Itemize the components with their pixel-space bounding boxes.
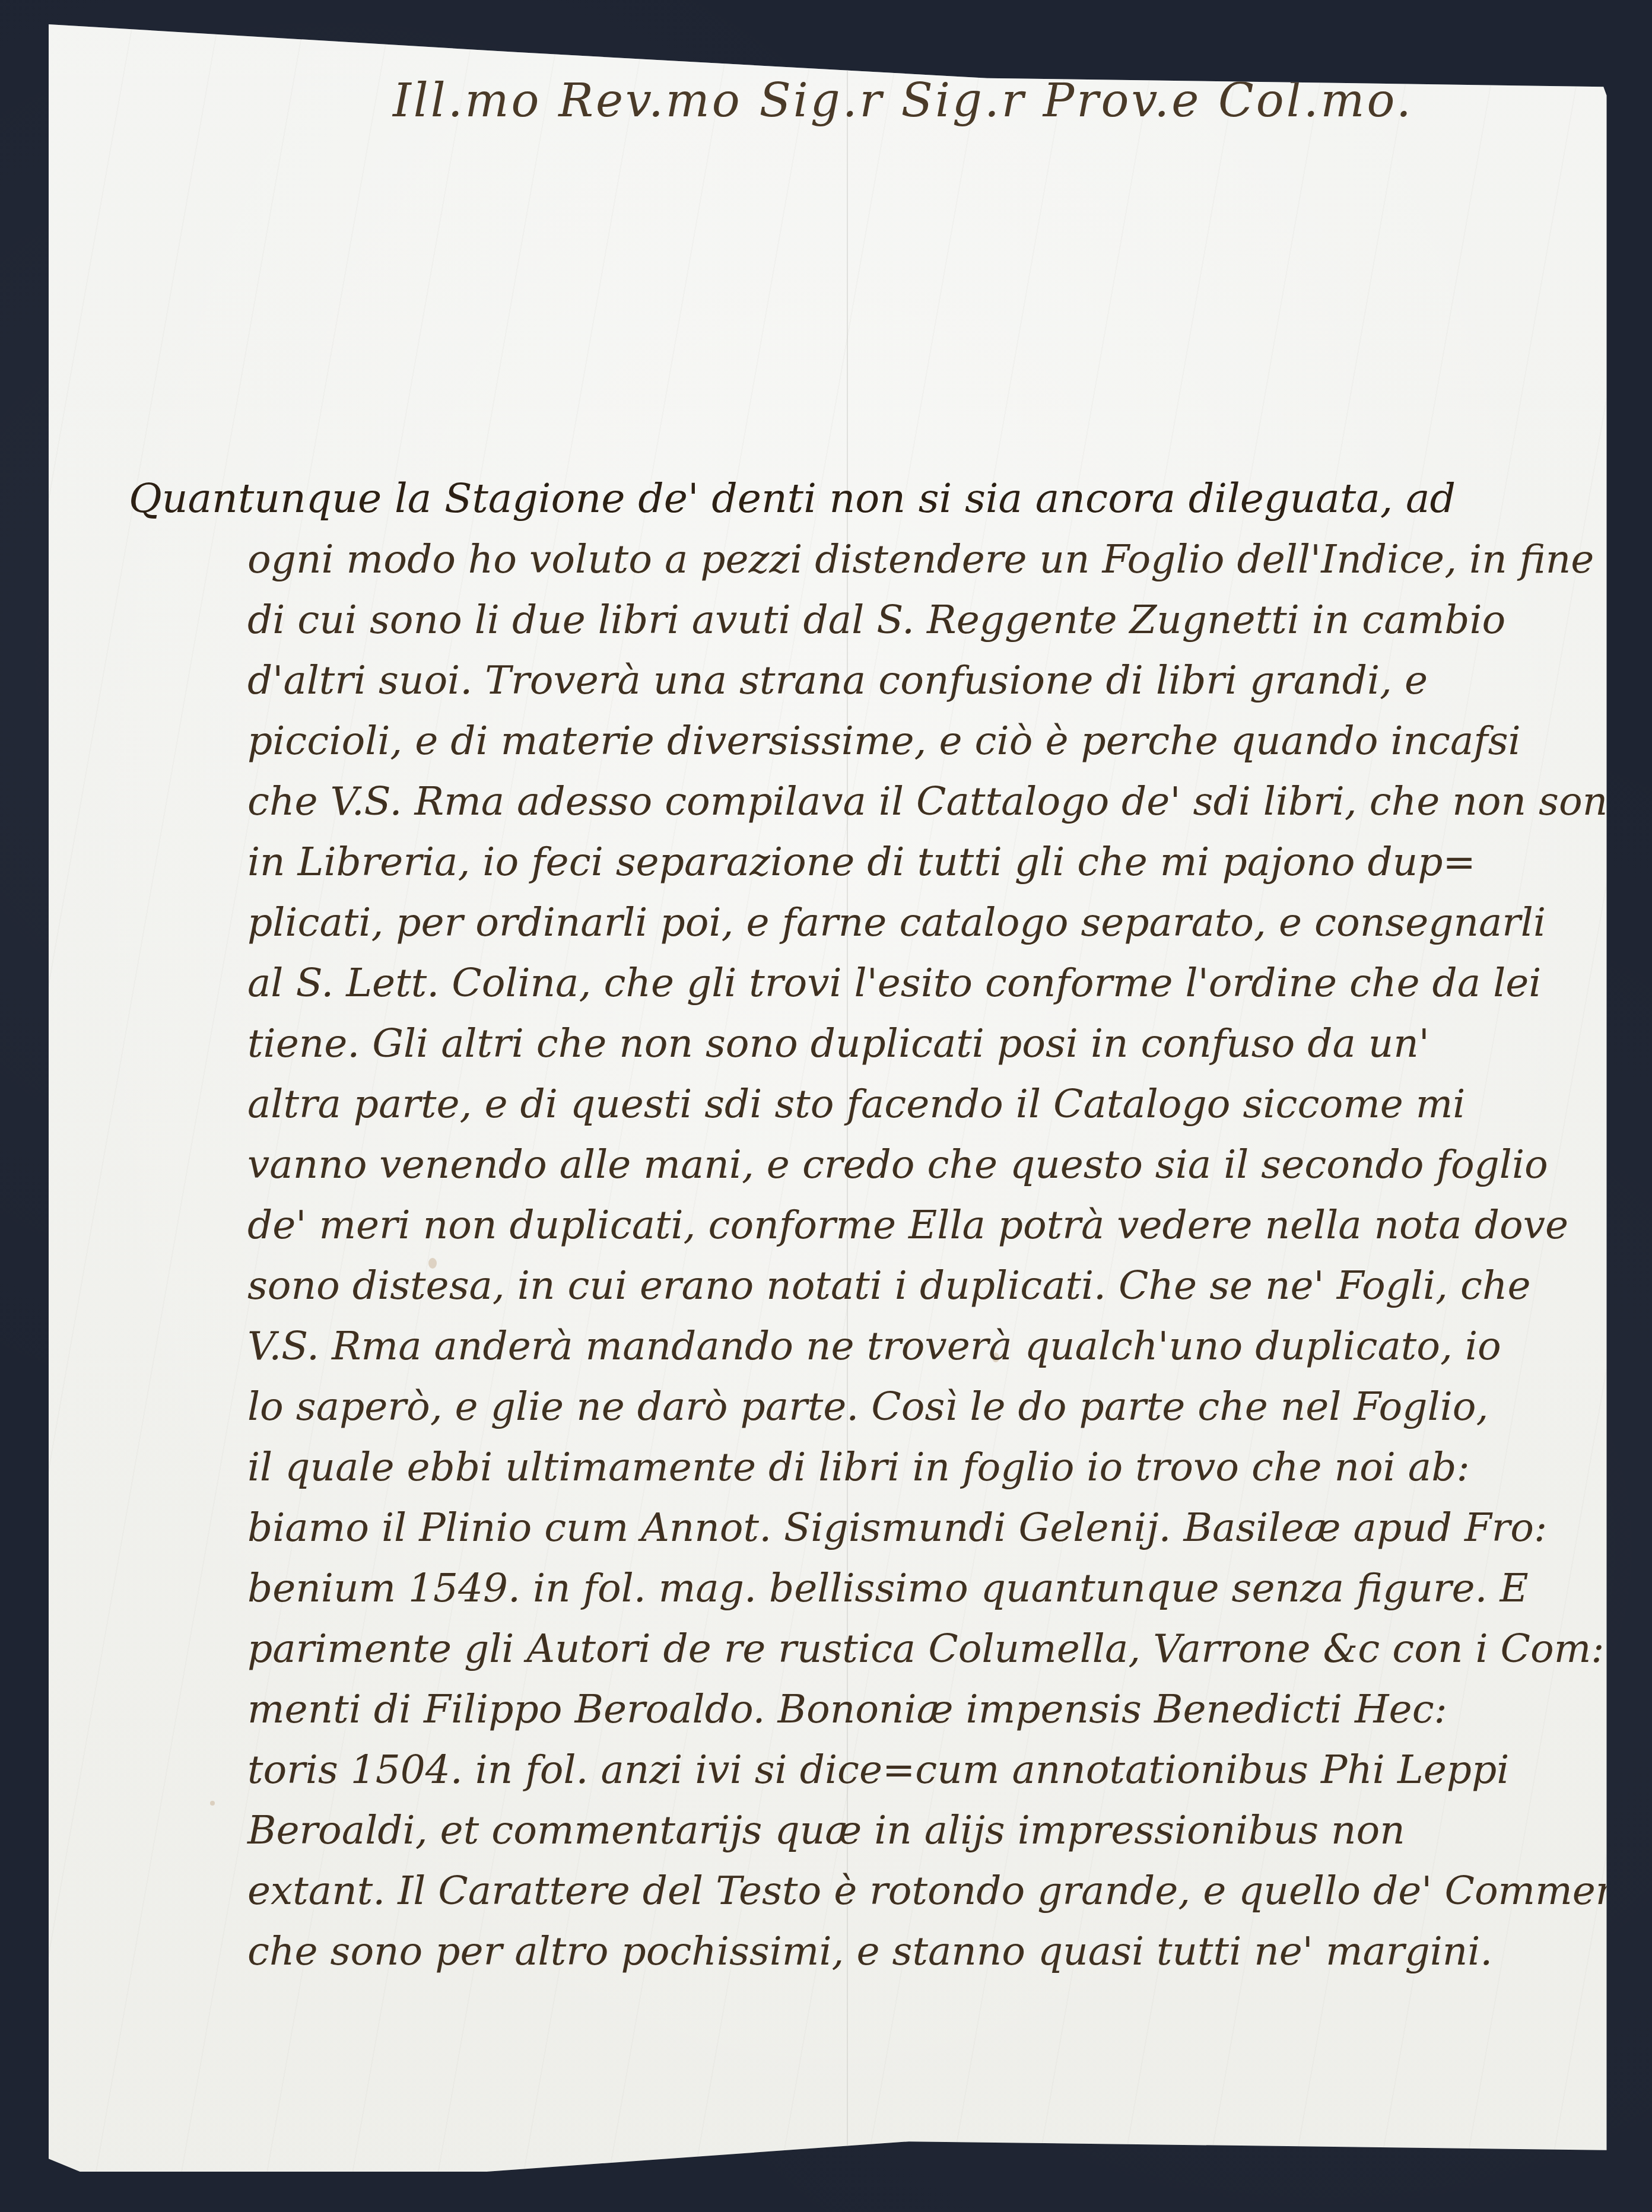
text-line: il quale ebbi ultimamente di libri in fo…	[129, 1437, 1556, 1498]
text-line: che sono per altro pochissimi, e stanno …	[129, 1921, 1556, 1982]
text-line: de' meri non duplicati, conforme Ella po…	[129, 1195, 1556, 1256]
text-line: Beroaldi, et commentarijs quæ in alijs i…	[129, 1800, 1556, 1861]
text-line: lo saperò, e glie ne darò parte. Così le…	[129, 1377, 1556, 1437]
text-line: V.S. Rma anderà mandando ne troverà qual…	[129, 1316, 1556, 1377]
text-line: Quantunque la Stagione de' denti non si …	[129, 469, 1556, 529]
text-line: plicati, per ordinarli poi, e farne cata…	[129, 892, 1556, 953]
salutation-heading: Ill.mo Rev.mo Sig.r Sig.r Prov.e Col.mo.	[393, 74, 1413, 128]
text-line: sono distesa, in cui erano notati i dupl…	[129, 1256, 1556, 1316]
text-line: menti di Filippo Beroaldo. Bononiæ impen…	[129, 1679, 1556, 1740]
text-line: ogni modo ho voluto a pezzi distendere u…	[129, 529, 1556, 590]
text-line: tiene. Gli altri che non sono duplicati …	[129, 1013, 1556, 1074]
text-line: in Libreria, io feci separazione di tutt…	[129, 832, 1556, 892]
text-line: parimente gli Autori de re rustica Colum…	[129, 1619, 1556, 1679]
text-line: di cui sono li due libri avuti dal S. Re…	[129, 590, 1556, 650]
text-line: biamo il Plinio cum Annot. Sigismundi Ge…	[129, 1498, 1556, 1558]
text-line: al S. Lett. Colina, che gli trovi l'esit…	[129, 953, 1556, 1013]
text-line: d'altri suoi. Troverà una strana confusi…	[129, 650, 1556, 711]
text-line: vanno venendo alle mani, e credo che que…	[129, 1134, 1556, 1195]
text-line: che V.S. Rma adesso compilava il Cattalo…	[129, 771, 1556, 832]
text-line: extant. Il Carattere del Testo è rotondo…	[129, 1861, 1556, 1921]
text-line: altra parte, e di questi sdi sto facendo…	[129, 1074, 1556, 1134]
text-line: toris 1504. in fol. anzi ivi si dice=cum…	[129, 1740, 1556, 1800]
letter-body: Quantunque la Stagione de' denti non si …	[129, 469, 1556, 1982]
text-line: piccioli, e di materie diversissime, e c…	[129, 711, 1556, 771]
text-line: benium 1549. in fol. mag. bellissimo qua…	[129, 1558, 1556, 1619]
manuscript-page: Ill.mo Rev.mo Sig.r Sig.r Prov.e Col.mo.…	[49, 18, 1613, 2172]
